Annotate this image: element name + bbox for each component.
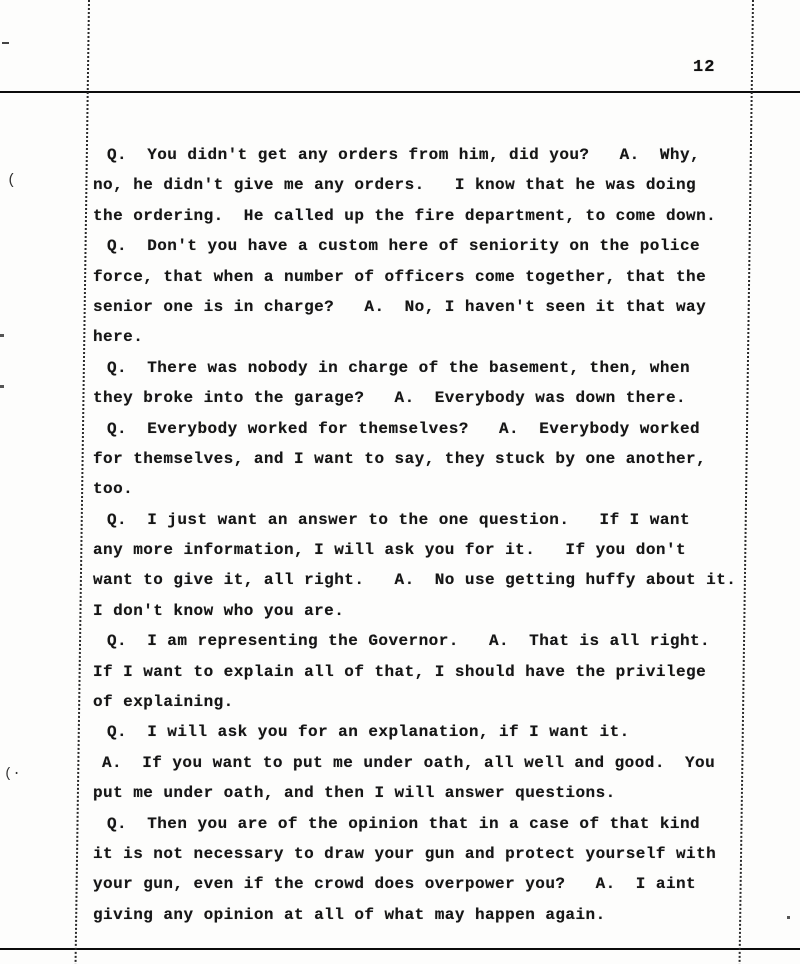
transcript-line: Q. There was nobody in charge of the bas… [93,353,753,383]
transcript-line: I don't know who you are. [93,596,753,626]
transcript-line: If I want to explain all of that, I shou… [93,657,753,687]
transcript-line: A. If you want to put me under oath, all… [93,748,753,778]
transcript-line: Q. You didn't get any orders from him, d… [93,140,753,170]
document-page: 12 ( (· Q. You didn't get any orders fro… [0,0,800,964]
stray-mark [2,42,9,44]
transcript-line: Q. I just want an answer to the one ques… [93,505,753,535]
margin-line-left [75,0,90,964]
transcript-line: the ordering. He called up the fire depa… [93,201,753,231]
transcript-line: for themselves, and I want to say, they … [93,444,753,474]
transcript-line: your gun, even if the crowd does overpow… [93,869,753,899]
transcript-line: senior one is in charge? A. No, I haven'… [93,292,753,322]
transcript-line: they broke into the garage? A. Everybody… [93,383,753,413]
stray-mark [0,334,4,337]
transcript-line: giving any opinion at all of what may ha… [93,900,753,930]
transcript-line: put me under oath, and then I will answe… [93,778,753,808]
stray-mark [0,385,4,388]
transcript: Q. You didn't get any orders from him, d… [93,140,753,930]
transcript-line: it is not necessary to draw your gun and… [93,839,753,869]
transcript-line: force, that when a number of officers co… [93,262,753,292]
transcript-line: any more information, I will ask you for… [93,535,753,565]
transcript-line: Q. I am representing the Governor. A. Th… [93,626,753,656]
transcript-line: Q. Everybody worked for themselves? A. E… [93,414,753,444]
transcript-line: of explaining. [93,687,753,717]
transcript-line: Q. I will ask you for an explanation, if… [93,717,753,747]
transcript-line: too. [93,474,753,504]
stray-mark: (· [4,766,21,782]
transcript-line: no, he didn't give me any orders. I know… [93,170,753,200]
transcript-line: want to give it, all right. A. No use ge… [93,565,753,595]
page-number: 12 [693,58,715,77]
stray-mark [787,916,790,919]
transcript-line: Q. Then you are of the opinion that in a… [93,809,753,839]
ruled-line-bottom [0,948,800,950]
transcript-line: Q. Don't you have a custom here of senio… [93,231,753,261]
transcript-line: here. [93,322,753,352]
stray-mark: ( [7,172,16,189]
ruled-line-top [0,91,800,93]
